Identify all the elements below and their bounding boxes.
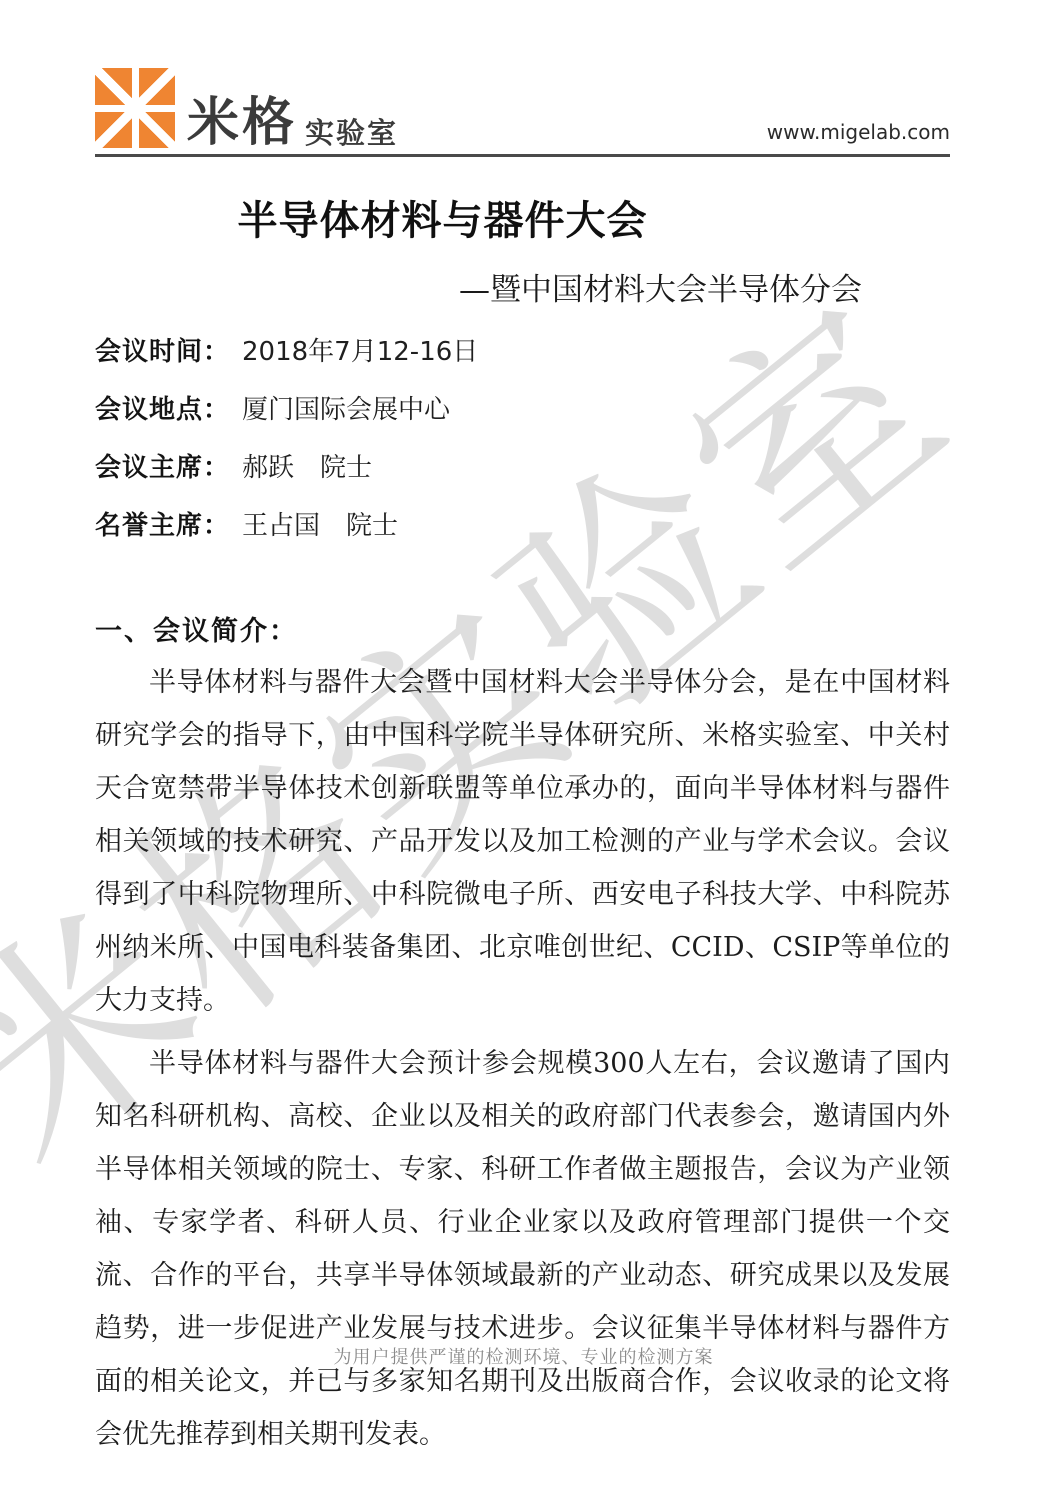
detail-row-time: 会议时间： 2018年7月12-16日 [95,331,950,389]
header-row: 米格 实验室 www.migelab.com [95,68,950,148]
detail-label: 会议主席： [95,447,230,484]
logo-brand-text: 米格 [187,99,297,148]
conference-title: 半导体材料与器件大会 [95,189,950,246]
logo-tile [95,68,132,105]
detail-value: 2018年7月12-16日 [242,331,478,368]
intro-paragraph-1: 半导体材料与器件大会暨中国材料大会半导体分会，是在中国材料研究学会的指导下，由中… [95,656,950,1027]
company-logo: 米格 实验室 [95,68,398,148]
footer-tagline: 为用户提供严谨的检测环境、专业的检测方案 [0,1343,1047,1369]
section-heading-introduction: 一、会议简介： [95,609,950,648]
detail-label: 名誉主席： [95,505,230,542]
content-column: 米格 实验室 www.migelab.com 半导体材料与器件大会 —暨中国材料… [0,0,1047,1461]
logo-tile [139,112,176,149]
detail-row-honorary-chairman: 名誉主席： 王占国 院士 [95,505,950,563]
document-page: 米格实验室 米格 实验室 www.migelab.com [0,0,1047,1500]
mige-star-icon [95,68,175,148]
detail-label: 会议时间： [95,331,230,368]
detail-value: 厦门国际会展中心 [242,389,450,426]
header-divider [95,154,950,157]
intro-paragraph-2: 半导体材料与器件大会预计参会规模300人左右，会议邀请了国内知名科研机构、高校、… [95,1037,950,1461]
detail-row-location: 会议地点： 厦门国际会展中心 [95,389,950,447]
website-url: www.migelab.com [767,120,950,148]
detail-label: 会议地点： [95,389,230,426]
detail-value: 郝跃 院士 [242,447,372,484]
page-header: 米格 实验室 www.migelab.com [95,0,950,157]
conference-subtitle: —暨中国材料大会半导体分会 [95,264,950,309]
logo-wordmark: 米格 实验室 [187,99,398,148]
logo-tile [95,112,132,149]
meeting-details: 会议时间： 2018年7月12-16日 会议地点： 厦门国际会展中心 会议主席：… [95,331,950,563]
detail-row-chairman: 会议主席： 郝跃 院士 [95,447,950,505]
logo-suffix-text: 实验室 [305,118,398,148]
detail-value: 王占国 院士 [242,505,398,542]
logo-tile [139,68,176,105]
